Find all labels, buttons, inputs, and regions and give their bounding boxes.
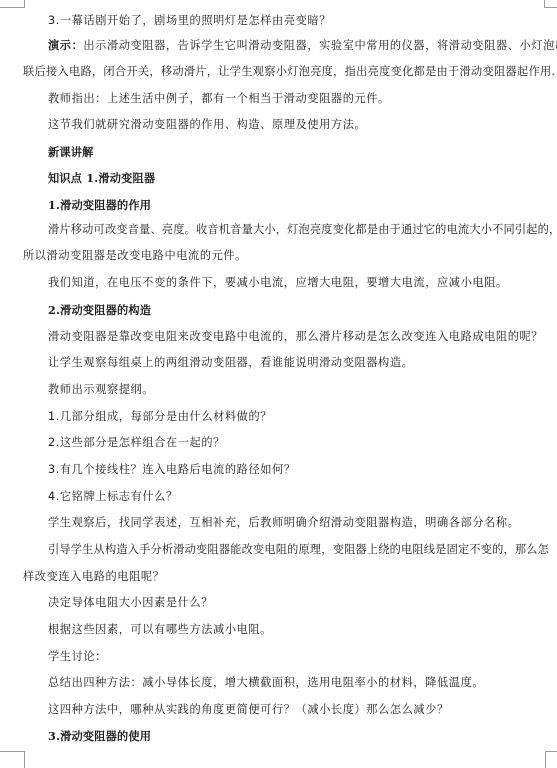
page-corner-mark-bottom-right xyxy=(545,751,557,768)
paragraph-guide-line-2: 样改变连入电路的电阻呢？ xyxy=(23,569,548,585)
outline-item-4: 4.它铭牌上标志有什么？ xyxy=(48,489,548,505)
paragraph-function-line-1: 滑片移动可改变音量、亮度。收音机音量大小，灯泡亮度变化都是由于通过它的电流大小不… xyxy=(48,222,548,238)
paragraph-demo-line-2: 联后接入电路，闭合开关，移动滑片，让学生观察小灯泡亮度，指出亮度变化都是由于滑动… xyxy=(23,64,548,80)
paragraph-outline: 教师出示观察提纲。 xyxy=(48,382,548,398)
paragraph-function-line-2: 所以滑动变阻器是改变电路中电流的元件。 xyxy=(23,248,548,264)
paragraph-teacher-points-out: 教师指出：上述生活中例子，都有一个相当于滑动变阻器的元件。 xyxy=(48,91,548,107)
demo-text: 出示滑动变阻器，告诉学生它叫滑动变阻器，实验室中常用的仪器，将滑动变阻器、小灯泡… xyxy=(83,39,557,52)
paragraph-four-methods: 总结出四种方法：减小导体长度，增大横截面积，选用电阻率小的材料，降低温度。 xyxy=(48,675,548,691)
outline-item-3: 3.有几个接线柱？连入电路后电流的路径如何？ xyxy=(48,462,548,478)
paragraph-demo-line-1: 演示：出示滑动变阻器，告诉学生它叫滑动变阻器，实验室中常用的仪器，将滑动变阻器、… xyxy=(48,38,548,54)
demo-label: 演示： xyxy=(48,39,83,52)
page-corner-mark-bottom-left xyxy=(0,751,25,768)
paragraph-practical-method: 这四种方法中，哪种从实践的角度更简便可行？（减小长度）那么怎么减少？ xyxy=(48,702,548,718)
paragraph-voltage-constant: 我们知道，在电压不变的条件下，要减小电流，应增大电阻，要增大电流，应减小电阻。 xyxy=(48,275,548,291)
heading-knowledge-point-1: 知识点 1.滑动变阻器 xyxy=(48,170,548,186)
heading-structure: 2.滑动变阻器的构造 xyxy=(48,302,548,318)
document-page: 3.一幕话剧开始了，剧场里的照明灯是怎样由亮变暗？ 演示：出示滑动变阻器，告诉学… xyxy=(0,0,557,768)
heading-function: 1.滑动变阻器的作用 xyxy=(48,197,548,213)
paragraph-students-observe: 学生观察后，找同学表述，互相补充，后教师明确介绍滑动变阻器构造，明确各部分名称。 xyxy=(48,515,548,531)
paragraph-methods: 根据这些因素，可以有哪些方法减小电阻。 xyxy=(48,622,548,638)
paragraph-observe: 让学生观察每组桌上的两组滑动变阻器，看谁能说明滑动变阻器构造。 xyxy=(48,355,548,371)
paragraph-discussion: 学生讨论： xyxy=(48,649,548,665)
heading-new-lesson: 新课讲解 xyxy=(48,144,548,160)
page-corner-mark-top-right xyxy=(544,0,557,8)
paragraph-question-3: 3.一幕话剧开始了，剧场里的照明灯是怎样由亮变暗？ xyxy=(48,13,548,29)
outline-item-1: 1.几部分组成，每部分是由什么材料做的？ xyxy=(48,409,548,425)
heading-usage: 3.滑动变阻器的使用 xyxy=(48,728,548,744)
paragraph-structure-question: 滑动变阻器是靠改变电阻来改变电路中电流的，那么滑片移动是怎么改变连入电路成电阻的… xyxy=(48,329,548,345)
paragraph-guide-line-1: 引导学生从构造入手分析滑动变阻器能改变电阻的原理，变阻器上绕的电阻线是固定不变的… xyxy=(48,542,548,558)
page-corner-mark-top-left xyxy=(0,0,25,8)
outline-item-2: 2.这些部分是怎样组合在一起的？ xyxy=(48,435,548,451)
paragraph-section-intro: 这节我们就研究滑动变阻器的作用、构造、原理及使用方法。 xyxy=(48,117,548,133)
paragraph-factors-question: 决定导体电阻大小因素是什么？ xyxy=(48,595,548,611)
